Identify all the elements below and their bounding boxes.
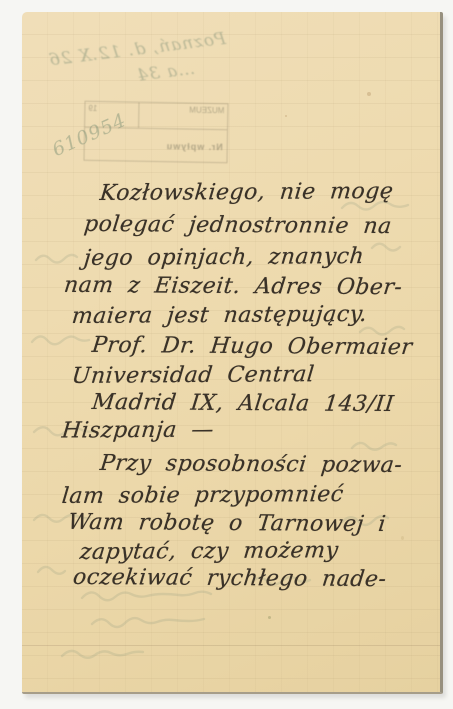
handwritten-line-9: Hiszpanja — [61, 417, 215, 443]
foxing-spot [112, 312, 115, 315]
handwritten-line-12: Wam robotę o Tarnowej i [67, 510, 388, 537]
letter-page: Poznań, d. 12.X 26 …a 34 MUZEUM 19 Nr. w… [22, 12, 443, 694]
handwritten-line-1: Kozłowskiego, nie mogę [99, 179, 395, 206]
handwritten-line-4: nam z Eiszeit. Adres Ober- [63, 273, 404, 300]
letter-body: Kozłowskiego, nie mogę polegać jednostro… [22, 12, 440, 692]
foxing-spot [401, 536, 404, 540]
handwritten-line-5: maiera jest następujący. [71, 302, 369, 329]
foxing-spot [268, 616, 271, 619]
handwritten-line-2: polegać jednostronnie na [83, 212, 393, 239]
handwritten-line-13: zapytać, czy możemy [79, 538, 340, 565]
handwritten-line-3: jego opinjach, znanych [83, 244, 366, 271]
handwritten-line-8: Madrid IX, Alcala 143/II [91, 390, 396, 417]
handwritten-line-10: Przy sposobności pozwa- [99, 451, 404, 478]
scan-background: Poznań, d. 12.X 26 …a 34 MUZEUM 19 Nr. w… [0, 0, 453, 709]
handwritten-line-6: Prof. Dr. Hugo Obermaier [91, 333, 414, 360]
foxing-spot [285, 115, 287, 117]
handwritten-line-14: oczekiwać rychłego nade- [72, 565, 388, 592]
handwritten-line-11: lam sobie przypomnieć [61, 482, 345, 509]
handwritten-line-7: Universidad Central [71, 362, 316, 389]
foxing-spot [367, 92, 371, 96]
paper-crease-line [22, 645, 440, 646]
